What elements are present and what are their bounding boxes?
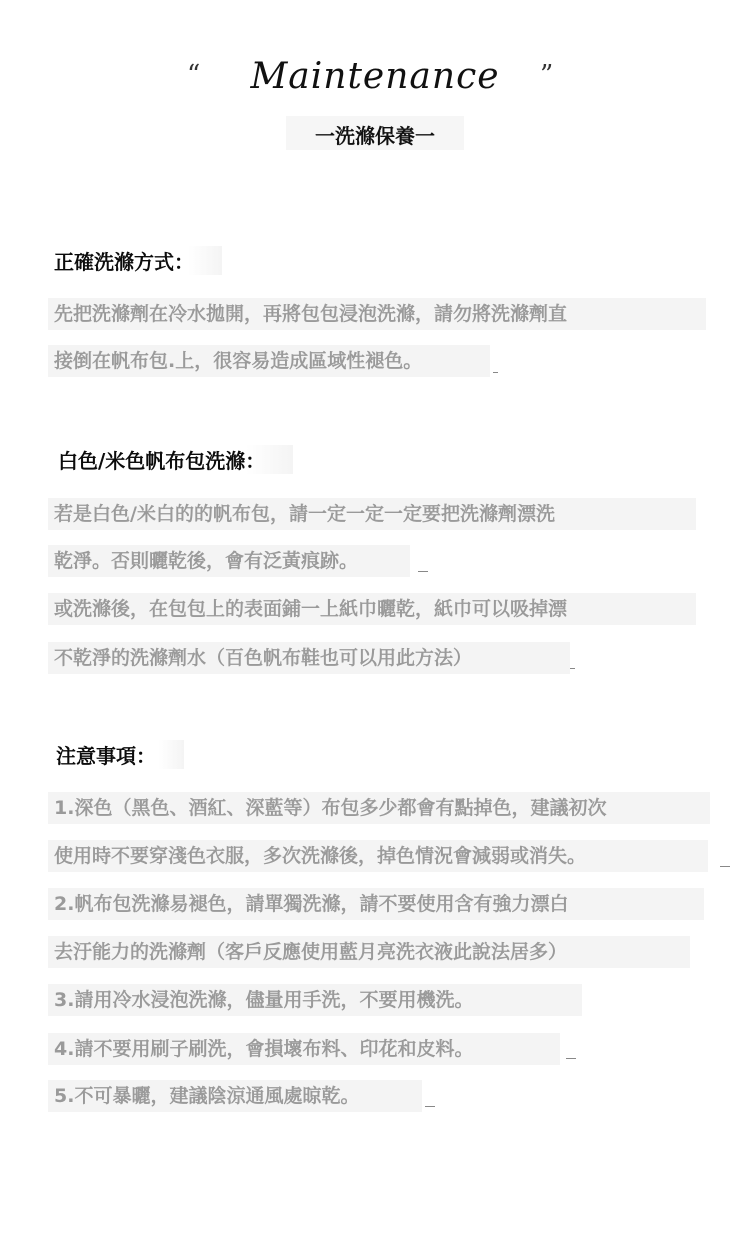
section-heading-white-canvas: 白色/米色帆布包洗滌： xyxy=(58,445,293,474)
paragraph-line: 1.深色（黑色、酒紅、深藍等）布包多少都會有點掉色，建議初次 xyxy=(48,792,710,824)
section-heading-washing-method: 正確洗滌方式： xyxy=(54,246,222,275)
paragraph-line: 4.請不要用刷子刷洗，會損壞布料、印花和皮料。 xyxy=(48,1033,560,1065)
text-cursor-mark xyxy=(418,571,428,572)
text-cursor-mark xyxy=(570,668,575,669)
text-cursor-mark xyxy=(493,372,498,373)
text-cursor-mark xyxy=(425,1106,435,1107)
paragraph-line: 使用時不要穿淺色衣服，多次洗滌後，掉色情況會減弱或消失。 xyxy=(48,840,708,872)
paragraph-line: 接倒在帆布包.上，很容易造成區域性褪色。 xyxy=(48,345,490,377)
paragraph-line: 若是白色/米白的的帆布包，請一定一定一定要把洗滌劑漂洗 xyxy=(48,498,696,530)
paragraph-line: 5.不可暴曬，建議陰涼通風處晾乾。 xyxy=(48,1080,422,1112)
close-quote-mark: ” xyxy=(540,60,551,90)
text-cursor-mark xyxy=(720,866,730,867)
paragraph-line: 去汙能力的洗滌劑（客戶反應使用藍月亮洗衣液此說法居多） xyxy=(48,936,690,968)
paragraph-line: 不乾淨的洗滌劑水（百色帆布鞋也可以用此方法） xyxy=(48,642,570,674)
paragraph-line: 先把洗滌劑在冷水拋開，再將包包浸泡洗滌，請勿將洗滌劑直 xyxy=(48,298,706,330)
section-heading-notes: 注意事項： xyxy=(56,740,184,769)
page-title: Maintenance xyxy=(0,56,750,97)
paragraph-line: 3.請用冷水浸泡洗滌，儘量用手洗，不要用機洗。 xyxy=(48,984,582,1016)
text-cursor-mark xyxy=(566,1058,576,1059)
paragraph-line: 或洗滌後，在包包上的表面鋪一上紙巾曬乾，紙巾可以吸掉漂 xyxy=(48,593,696,625)
title-row: “ Maintenance ” xyxy=(0,56,750,106)
paragraph-line: 2.帆布包洗滌易褪色，請單獨洗滌，請不要使用含有強力漂白 xyxy=(48,888,704,920)
paragraph-line: 乾淨。否則曬乾後，會有泛黃痕跡。 xyxy=(48,545,410,577)
page-subtitle: 一洗滌保養一 xyxy=(0,120,750,149)
